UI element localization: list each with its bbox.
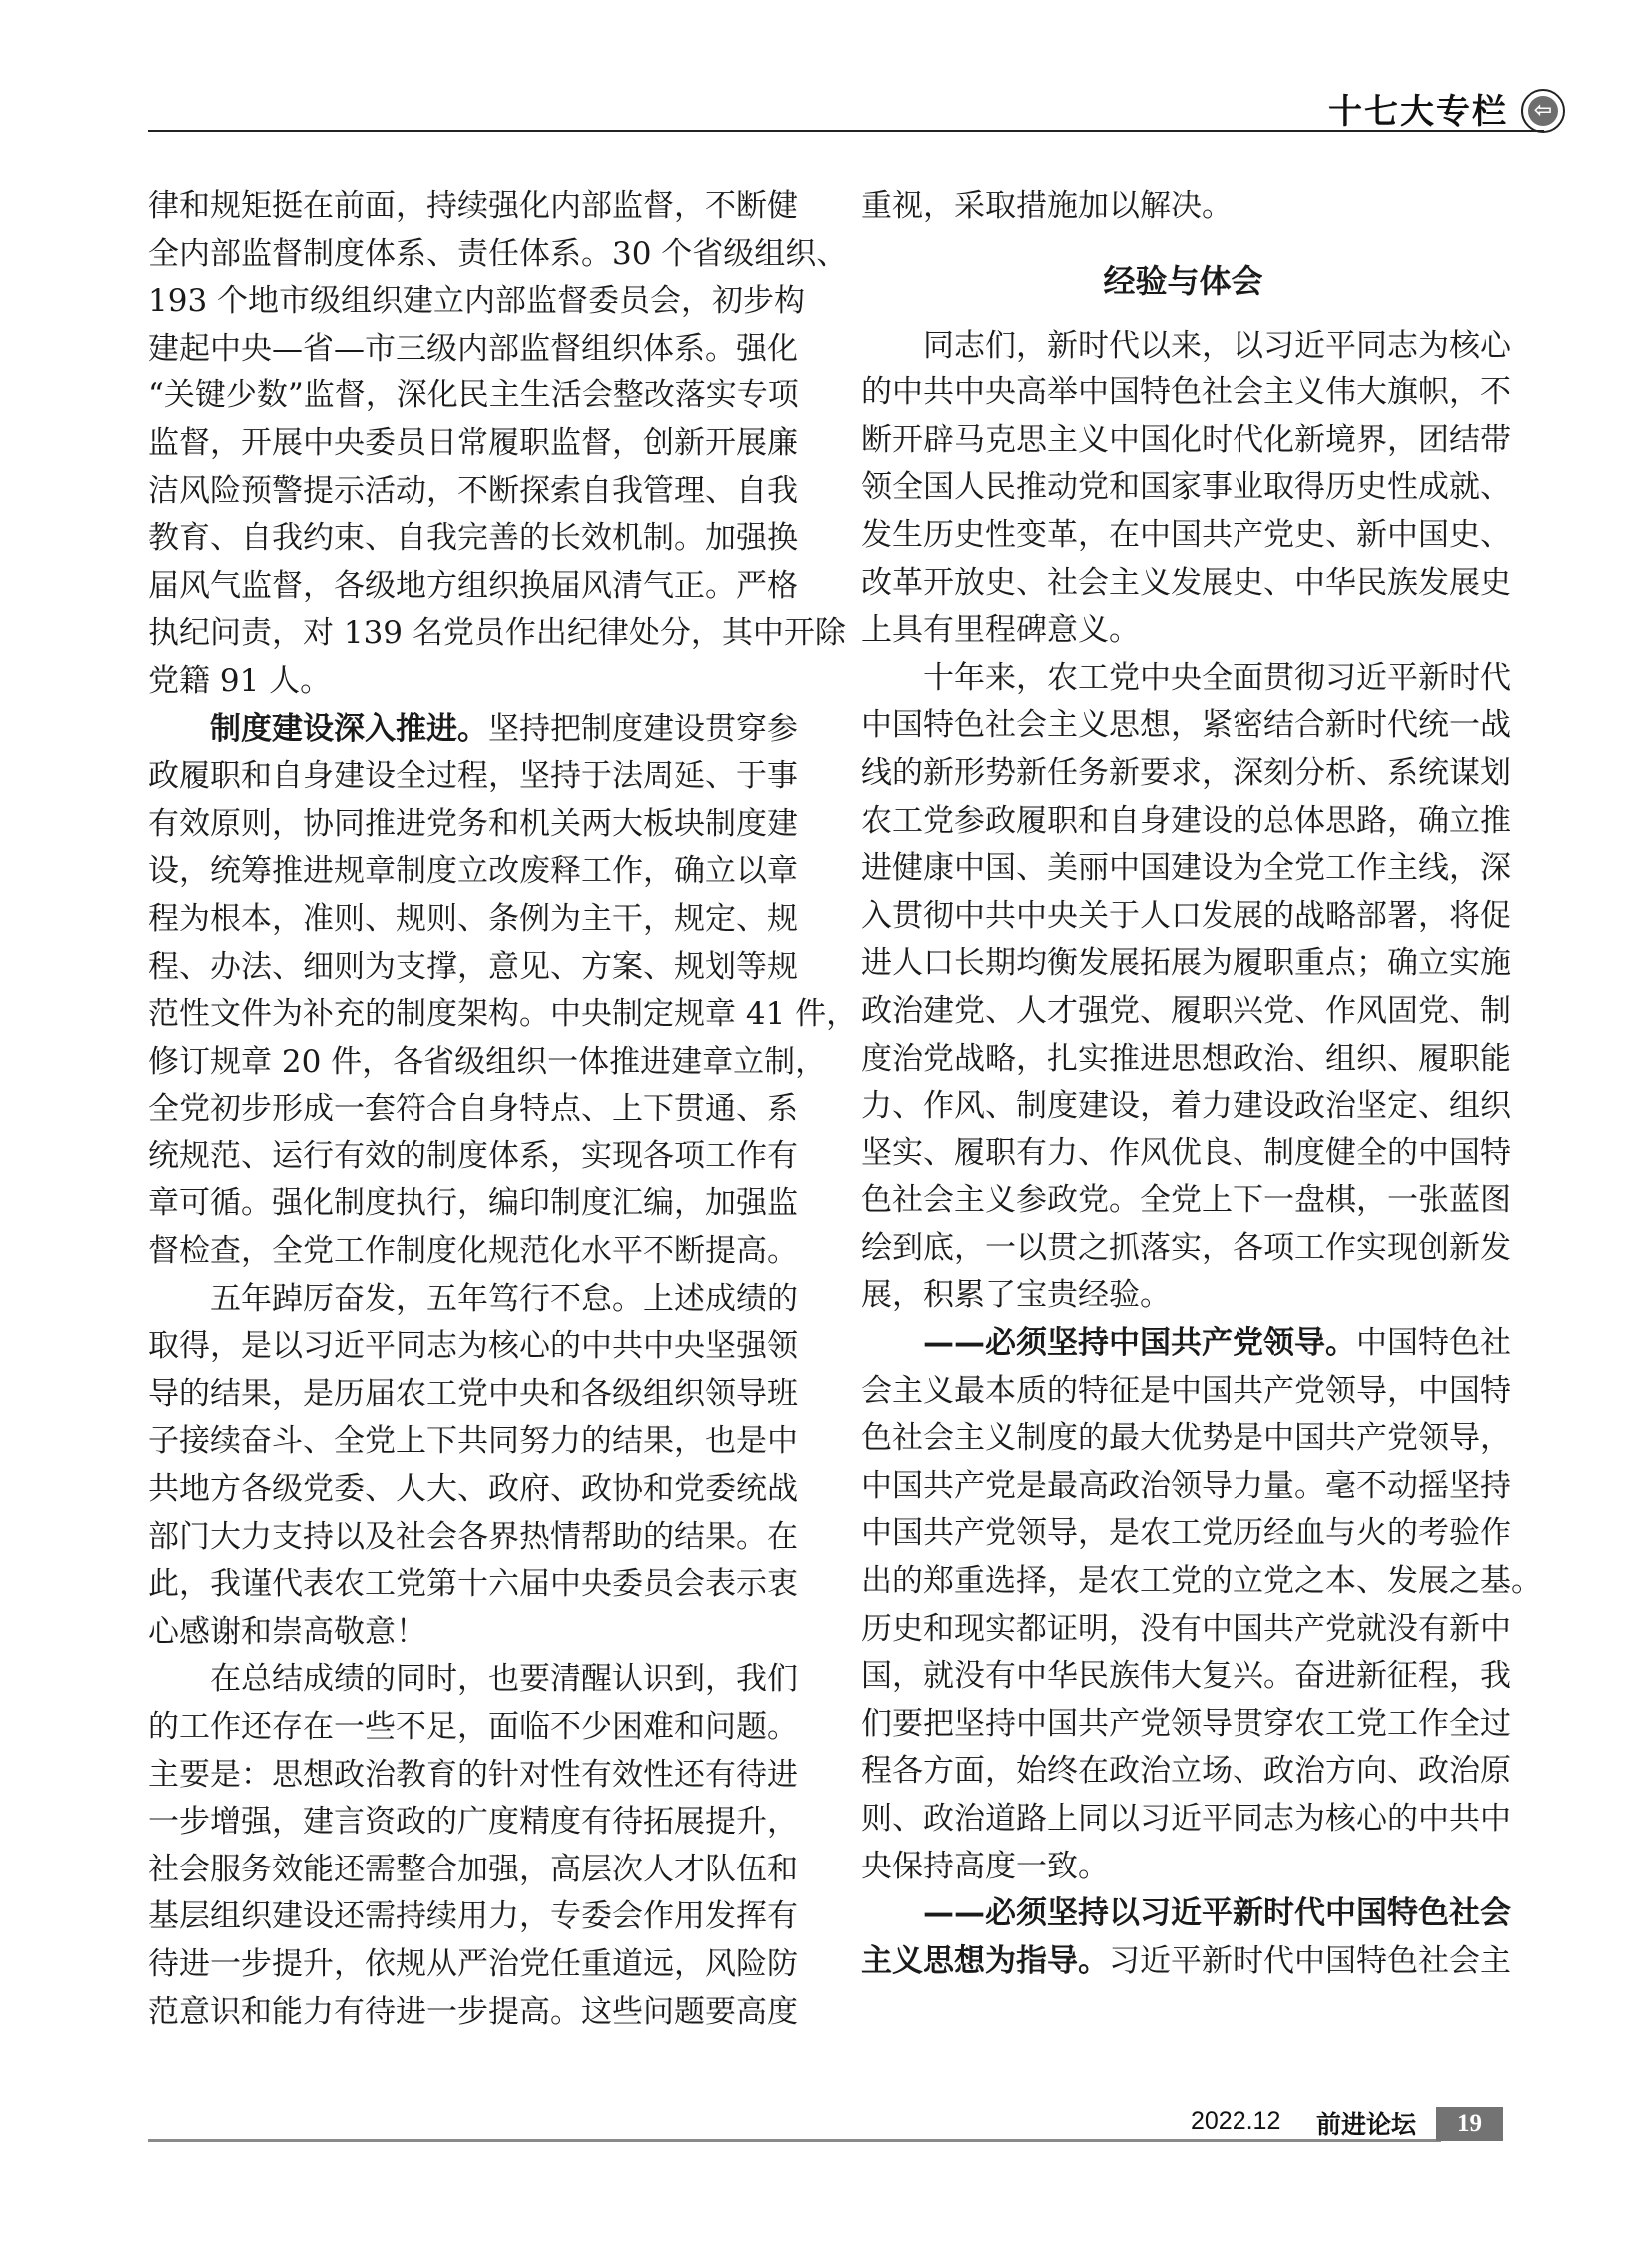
text-line: 章可循。强化制度执行，编印制度汇编，加强监	[148, 1180, 792, 1228]
text-line: 基层组织建设还需持续用力，专委会作用发挥有	[148, 1893, 792, 1941]
paragraph-lead-rest: 习近平新时代中国特色社会主	[1109, 1943, 1511, 1979]
paragraph-lead-rest: 中国特色社	[1356, 1325, 1511, 1361]
text-line: 的中共中央高举中国特色社会主义伟大旗帜，不	[861, 370, 1505, 417]
text-line: 程为根本，准则、规则、条例为主干，规定、规	[148, 896, 792, 944]
text-line: 十年来，农工党中央全面贯彻习近平新时代	[861, 655, 1505, 703]
text-line: 改革开放史、社会主义发展史、中华民族发展史	[861, 560, 1505, 608]
text-line: 坚实、履职有力、作风优良、制度健全的中国特	[861, 1130, 1505, 1178]
text-line: 央保持高度一致。	[861, 1844, 1505, 1891]
magazine-name: 前进论坛	[1316, 2105, 1416, 2141]
text-line: 度治党战略，扎实推进思想政治、组织、履职能	[861, 1036, 1505, 1084]
text-line: ——必须坚持以习近平新时代中国特色社会	[861, 1890, 1505, 1938]
text-line: 部门大力支持以及社会各界热情帮助的结果。在	[148, 1514, 792, 1562]
text-line: 中国共产党领导，是农工党历经血与火的考验作	[861, 1510, 1505, 1558]
text-line: 进健康中国、美丽中国建设为全党工作主线，深	[861, 845, 1505, 893]
text-line: 力、作风、制度建设，着力建设政治坚定、组织	[861, 1083, 1505, 1130]
text-line: 则、政治道路上同以习近平同志为核心的中共中	[861, 1796, 1505, 1844]
text-line: 范性文件为补充的制度架构。中央制定规章 41 件，	[148, 991, 792, 1039]
text-line: 国，就没有中华民族伟大复兴。奋进新征程，我	[861, 1653, 1505, 1701]
paragraph-new-era: 同志们，新时代以来，以习近平同志为核心 的中共中央高举中国特色社会主义伟大旗帜，…	[861, 323, 1505, 655]
text-line: 同志们，新时代以来，以习近平同志为核心	[861, 323, 1505, 371]
paragraph-lead-bold: 制度建设深入推进。	[210, 711, 488, 747]
paragraph-party-leadership: ——必须坚持中国共产党领导。中国特色社 会主义最本质的特征是中国共产党领导，中国…	[861, 1320, 1505, 1890]
text-line: 心感谢和崇高敬意！	[148, 1609, 792, 1657]
paragraph-institution-building: 制度建设深入推进。坚持把制度建设贯穿参 政履职和自身建设全过程，坚持于法周延、于…	[148, 706, 792, 1276]
text-line: 色社会主义制度的最大优势是中国共产党领导，	[861, 1415, 1505, 1463]
text-line: 上具有里程碑意义。	[861, 607, 1505, 655]
text-line: 主要是：思想政治教育的针对性有效性还有待进	[148, 1752, 792, 1800]
text-line: 修订规章 20 件，各省级组织一体推进建章立制，	[148, 1039, 792, 1087]
text-line: 193 个地市级组织建立内部监督委员会，初步构	[148, 278, 792, 326]
page-number: 19	[1436, 2107, 1503, 2141]
right-column: 重视，采取措施加以解决。 经验与体会 同志们，新时代以来，以习近平同志为核心 的…	[861, 183, 1505, 1985]
text-line: 会主义最本质的特征是中国共产党领导，中国特	[861, 1368, 1505, 1416]
text-line: 展，积累了宝贵经验。	[861, 1272, 1505, 1320]
text-line: 入贯彻中共中央关于人口发展的战略部署，将促	[861, 893, 1505, 941]
text-line: 制度建设深入推进。坚持把制度建设贯穿参	[148, 706, 792, 754]
header-rule	[148, 130, 1544, 132]
text-line: 历史和现实都证明，没有中国共产党就没有新中	[861, 1606, 1505, 1654]
text-line: 范意识和能力有待进一步提高。这些问题要高度	[148, 1989, 792, 2037]
text-line: “关键少数”监督，深化民主生活会整改落实专项	[148, 373, 792, 420]
text-line: 们要把坚持中国共产党领导贯穿农工党工作全过	[861, 1701, 1505, 1749]
arrow-glyph: ⇦	[1528, 96, 1558, 126]
text-line: 子接续奋斗、全党上下共同努力的结果，也是中	[148, 1418, 792, 1466]
text-line: 律和规矩挺在前面，持续强化内部监督，不断健	[148, 183, 792, 231]
footer-rule	[148, 2139, 1441, 2142]
paragraph-guiding-thought: ——必须坚持以习近平新时代中国特色社会 主义思想为指导。习近平新时代中国特色社会…	[861, 1890, 1505, 1985]
section-heading: 经验与体会	[861, 231, 1505, 307]
text-line: 领全国人民推动党和国家事业取得历史性成就、	[861, 464, 1505, 512]
text-line: 在总结成绩的同时，也要清醒认识到，我们	[148, 1656, 792, 1704]
text-line: 统规范、运行有效的制度体系，实现各项工作有	[148, 1133, 792, 1181]
text-line: 线的新形势新任务新要求，深刻分析、系统谋划	[861, 750, 1505, 798]
text-line: 有效原则，协同推进党务和机关两大板块制度建	[148, 801, 792, 849]
text-line: 党籍 91 人。	[148, 658, 792, 706]
text-line: ——必须坚持中国共产党领导。中国特色社	[861, 1320, 1505, 1368]
text-line: 主义思想为指导。习近平新时代中国特色社会主	[861, 1938, 1505, 1986]
text-line: 届风气监督，各级地方组织换届风清气正。严格	[148, 563, 792, 611]
text-line: 建起中央—省—市三级内部监督组织体系。强化	[148, 326, 792, 373]
text-line: 农工党参政履职和自身建设的总体思路，确立推	[861, 798, 1505, 846]
column-title: 十七大专栏	[1328, 84, 1508, 133]
text-line: 程各方面，始终在政治立场、政治方向、政治原	[861, 1748, 1505, 1796]
text-line: 程、办法、细则为支撑，意见、方案、规划等规	[148, 944, 792, 992]
paragraph-lead-bold: ——必须坚持中国共产党领导。	[923, 1325, 1356, 1361]
text-line: 导的结果，是历届农工党中央和各级组织领导班	[148, 1371, 792, 1419]
issue-date: 2022.12	[1191, 2107, 1280, 2136]
left-column: 律和规矩挺在前面，持续强化内部监督，不断健 全内部监督制度体系、责任体系。30 …	[148, 183, 792, 2036]
text-line: 督检查，全党工作制度化规范化水平不断提高。	[148, 1228, 792, 1276]
text-line: 待进一步提升，依规从严治党任重道远，风险防	[148, 1941, 792, 1989]
paragraph-achievements: 五年踔厉奋发，五年笃行不怠。上述成绩的 取得，是以习近平同志为核心的中共中央坚强…	[148, 1276, 792, 1657]
paragraph-lead-bold: 主义思想为指导。	[861, 1943, 1109, 1979]
text-line: 一步增强，建言资政的广度精度有待拓展提升，	[148, 1799, 792, 1847]
text-line: 中国特色社会主义思想，紧密结合新时代统一战	[861, 702, 1505, 750]
arrow-left-circle-icon: ⇦	[1521, 89, 1565, 133]
text-line: 执纪问责，对 139 名党员作出纪律处分，其中开除	[148, 610, 792, 658]
text-line: 发生历史性变革，在中国共产党史、新中国史、	[861, 512, 1505, 560]
text-line: 社会服务效能还需整合加强，高层次人才队伍和	[148, 1847, 792, 1894]
text-line: 中国共产党是最高政治领导力量。毫不动摇坚持	[861, 1463, 1505, 1511]
text-line: 断开辟马克思主义中国化时代化新境界，团结带	[861, 417, 1505, 465]
text-line: 重视，采取措施加以解决。	[861, 183, 1505, 231]
text-line: 政履职和自身建设全过程，坚持于法周延、于事	[148, 753, 792, 801]
text-line: 绘到底，一以贯之抓落实，各项工作实现创新发	[861, 1225, 1505, 1273]
paragraph-shortcomings: 在总结成绩的同时，也要清醒认识到，我们 的工作还存在一些不足，面临不少困难和问题…	[148, 1656, 792, 2036]
text-line: 政治建党、人才强党、履职兴党、作风固党、制	[861, 988, 1505, 1036]
text-line: 的工作还存在一些不足，面临不少困难和问题。	[148, 1704, 792, 1752]
text-line: 全内部监督制度体系、责任体系。30 个省级组织、	[148, 231, 792, 279]
text-line: 取得，是以习近平同志为核心的中共中央坚强领	[148, 1323, 792, 1371]
text-line: 监督，开展中央委员日常履职监督，创新开展廉	[148, 420, 792, 468]
text-line: 此，我谨代表农工党第十六届中央委员会表示衷	[148, 1561, 792, 1609]
text-line: 洁风险预警提示活动，不断探索自我管理、自我	[148, 468, 792, 516]
text-line: 设，统筹推进规章制度立改废释工作，确立以章	[148, 848, 792, 896]
text-line: 五年踔厉奋发，五年笃行不怠。上述成绩的	[148, 1276, 792, 1324]
paragraph-lead-rest: 坚持把制度建设贯穿参	[488, 711, 798, 747]
text-line: 教育、自我约束、自我完善的长效机制。加强换	[148, 515, 792, 563]
text-line: 进人口长期均衡发展拓展为履职重点；确立实施	[861, 940, 1505, 988]
text-line: 共地方各级党委、人大、政府、政协和党委统战	[148, 1466, 792, 1514]
text-line: 全党初步形成一套符合自身特点、上下贯通、系	[148, 1086, 792, 1133]
paragraph-supervision: 律和规矩挺在前面，持续强化内部监督，不断健 全内部监督制度体系、责任体系。30 …	[148, 183, 792, 706]
paragraph-ten-years: 十年来，农工党中央全面贯彻习近平新时代 中国特色社会主义思想，紧密结合新时代统一…	[861, 655, 1505, 1320]
text-line: 出的郑重选择，是农工党的立党之本、发展之基。	[861, 1558, 1505, 1606]
text-line: 色社会主义参政党。全党上下一盘棋，一张蓝图	[861, 1177, 1505, 1225]
